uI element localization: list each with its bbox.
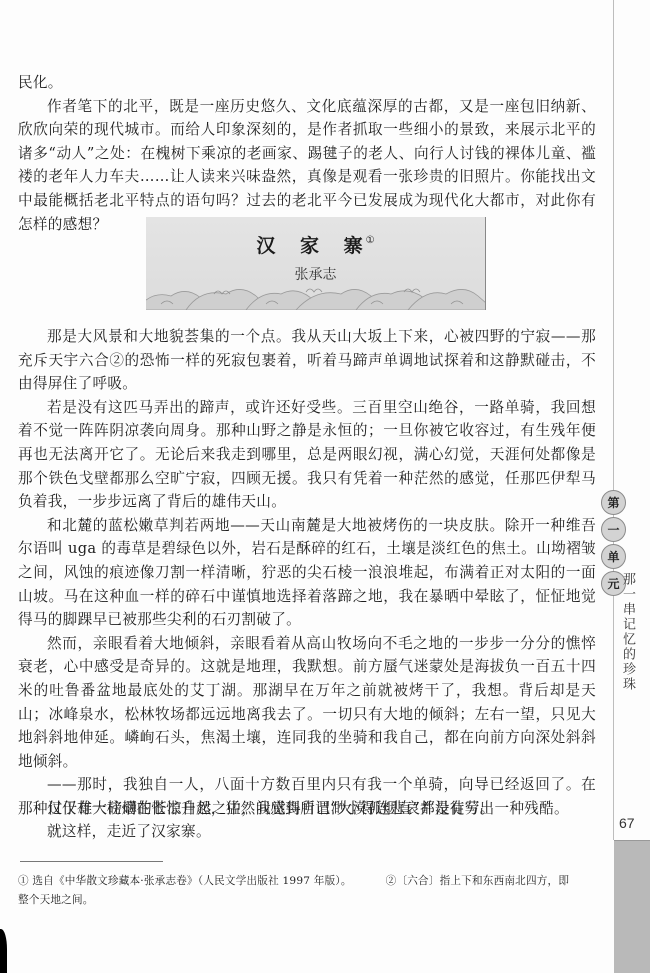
article-body: 那是大风景和大地貌荟集的一个点。我从天山大坂上下来，心被四野的宁寂——那充斥天宇…: [18, 325, 596, 844]
article-title-text: 汉 家 寨: [256, 235, 371, 257]
footnote-ref-1: ①: [366, 235, 375, 246]
intro-paragraph: 作者笔下的北平，既是一座历史悠久、文化底蕴深厚的古都，又是一座包旧纳新、欣欣向荣…: [18, 95, 596, 237]
intro-section: 民化。 作者笔下的北平，既是一座历史悠久、文化底蕴深厚的古都，又是一座包旧纳新、…: [18, 71, 596, 236]
margin-rule: [613, 0, 614, 840]
page-edge-tab: [614, 840, 650, 973]
body-paragraph: 那是大风景和大地貌荟集的一个点。我从天山大坂上下来，心被四野的宁寂——那充斥天宇…: [18, 325, 596, 396]
wave-pattern-decoration: [146, 284, 485, 310]
page-number: 67: [619, 815, 635, 831]
closing-section: 仅仅有一柱烟在怅怅升起，猛然间感到所谓“大漠孤烟直”并没有写出一种残酷。: [18, 797, 596, 821]
article-title: 汉 家 寨①: [146, 231, 485, 258]
body-paragraph: 若是没有这匹马弄出的蹄声，或许还好受些。三百里空山绝谷，一路单骑，我回想着不觉一…: [18, 396, 596, 514]
textbook-page: 民化。 作者笔下的北平，既是一座历史悠久、文化底蕴深厚的古都，又是一座包旧纳新、…: [0, 0, 650, 973]
article-title-banner: 汉 家 寨① 张承志: [146, 217, 486, 310]
footnotes: ① 选自《中华散文珍藏本·张承志卷》（人民文学出版社 1997 年版）。②〔六合…: [18, 872, 578, 910]
intro-paragraph-tail: 民化。: [18, 71, 596, 95]
unit-badge: 单: [601, 544, 626, 569]
unit-badge: 一: [601, 517, 626, 542]
footnote-1: ① 选自《中华散文珍藏本·张承志卷》（人民文学出版社 1997 年版）。: [18, 875, 352, 887]
body-paragraph: 就这样，走近了汉家寨。: [18, 820, 596, 844]
body-paragraph: 和北麓的蓝松嫩草判若两地——天山南麓是大地被烤伤的一块皮肤。除开一种维吾尔语叫 …: [18, 514, 596, 632]
article-author: 张承志: [146, 264, 485, 284]
unit-badge: 第: [601, 490, 626, 515]
body-paragraph: 然而，亲眼看着大地倾斜，亲眼看着从高山牧场向不毛之地的一步步一分分的憔悴衰老，心…: [18, 632, 596, 774]
closing-paragraph: 仅仅有一柱烟在怅怅升起，猛然间感到所谓“大漠孤烟直”并没有写出一种残酷。: [18, 797, 596, 821]
footnote-divider: [20, 861, 163, 862]
scan-artifact: [0, 929, 7, 973]
unit-title: 那一串记忆的珍珠: [619, 572, 635, 692]
